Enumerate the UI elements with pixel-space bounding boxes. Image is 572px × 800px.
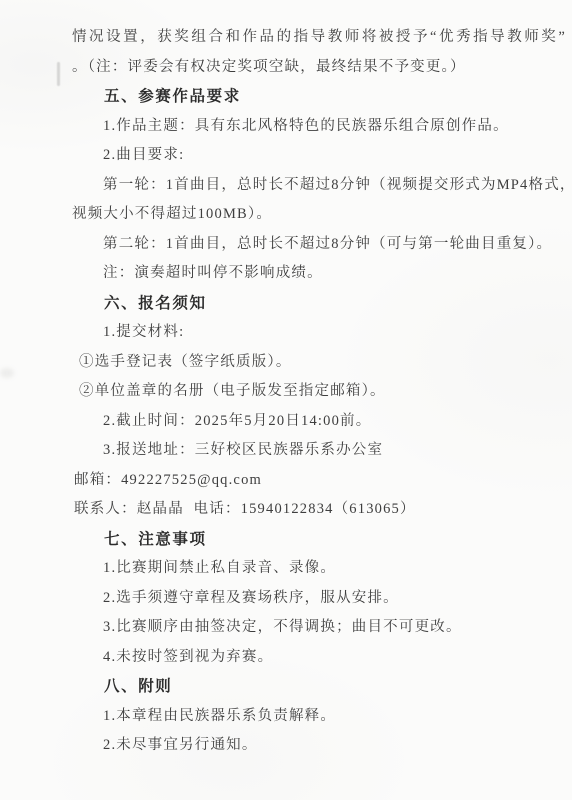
- doc-line-contact-person: 联系人：赵晶晶 电话：15940122834（613065）: [74, 495, 566, 525]
- doc-line-draw-order: 3.比赛顺序由抽签决定，不得调换；曲目不可更改。: [103, 613, 566, 643]
- photo-artifact-tick: [57, 62, 60, 86]
- doc-line-round-one: 第一轮：1首曲目，总时长不超过8分钟（视频提交形式为MP4格式，: [103, 171, 566, 201]
- photo-artifact-smudge: [0, 368, 14, 378]
- document-page: 情况设置，获奖组合和作品的指导教师将被授予“优秀指导教师奖” 。（注：评委会有权…: [0, 0, 572, 800]
- section-heading-supplementary: 八、附则: [104, 672, 566, 702]
- doc-line-interpretation: 1.本章程由民族器乐系负责解释。: [103, 702, 566, 732]
- doc-line-no-show: 4.未按时签到视为弃赛。: [103, 643, 566, 673]
- paragraph-continuation: 情况设置，获奖组合和作品的指导教师将被授予“优秀指导教师奖”: [72, 23, 566, 53]
- doc-line-email: 邮箱：492227525@qq.com: [74, 466, 566, 496]
- doc-line-repertoire-requirements: 2.曲目要求:: [103, 141, 566, 171]
- doc-line-deadline: 2.截止时间：2025年5月20日14:00前。: [103, 407, 566, 437]
- section-heading-entry-requirements: 五、参赛作品要求: [104, 82, 566, 112]
- paragraph-jury-note: 。（注：评委会有权决定奖项空缺，最终结果不予变更。）: [72, 53, 566, 83]
- section-heading-registration: 六、报名须知: [104, 289, 566, 319]
- doc-line-delivery-address: 3.报送地址：三好校区民族器乐系办公室: [103, 436, 566, 466]
- doc-line-material-1: ①选手登记表（签字纸质版）。: [79, 348, 566, 378]
- doc-line-material-2: ②单位盖章的名册（电子版发至指定邮箱）。: [79, 377, 566, 407]
- doc-line-obey-rules: 2.选手须遵守章程及赛场秩序，服从安排。: [103, 584, 566, 614]
- doc-line-work-theme: 1.作品主题：具有东北风格特色的民族器乐组合原创作品。: [103, 112, 566, 142]
- doc-line-materials: 1.提交材料:: [103, 318, 566, 348]
- doc-line-further-notice: 2.未尽事宜另行通知。: [103, 731, 566, 761]
- doc-line-overtime-note: 注：演奏超时叫停不影响成绩。: [103, 259, 566, 289]
- doc-line-round-two: 第二轮：1首曲目，总时长不超过8分钟（可与第一轮曲目重复）。: [103, 230, 566, 260]
- doc-line-round-one-wrap: 视频大小不得超过100MB）。: [72, 200, 566, 230]
- section-heading-notes: 七、注意事项: [104, 525, 566, 555]
- doc-line-no-recording: 1.比赛期间禁止私自录音、录像。: [103, 554, 566, 584]
